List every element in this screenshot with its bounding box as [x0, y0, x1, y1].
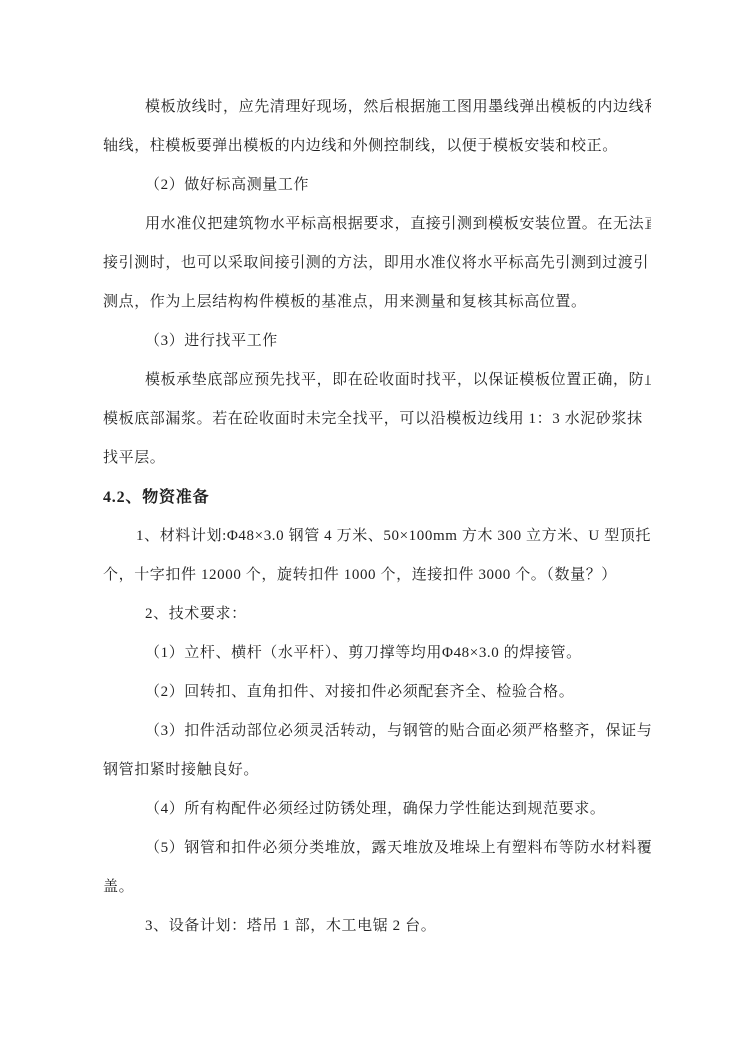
- doc-line: 模板放线时，应先清理好现场，然后根据施工图用墨线弹出模板的内边线和: [103, 88, 651, 127]
- doc-line: 3、设备计划：塔吊 1 部，木工电锯 2 台。: [103, 907, 651, 946]
- doc-line: （3）进行找平工作: [103, 322, 651, 361]
- doc-line: 用水准仪把建筑物水平标高根据要求，直接引测到模板安装位置。在无法直: [103, 205, 651, 244]
- doc-line: （3）扣件活动部位必须灵活转动，与钢管的贴合面必须严格整齐，保证与: [103, 712, 651, 751]
- doc-line: 找平层。: [103, 439, 651, 478]
- doc-line: （4）所有构配件必须经过防锈处理，确保力学性能达到规范要求。: [103, 790, 651, 829]
- doc-line: 测点，作为上层结构构件模板的基准点，用来测量和复核其标高位置。: [103, 283, 651, 322]
- page-body-text: 模板放线时，应先清理好现场，然后根据施工图用墨线弹出模板的内边线和 轴线，柱模板…: [103, 88, 651, 946]
- doc-line: 2、技术要求：: [103, 595, 651, 634]
- doc-line: （1）立杆、横杆（水平杆）、剪刀撑等均用Φ48×3.0 的焊接管。: [103, 634, 651, 673]
- section-heading: 4.2、物资准备: [103, 478, 651, 517]
- doc-line: 模板承垫底部应预先找平，即在砼收面时找平，以保证模板位置正确，防止: [103, 361, 651, 400]
- document-page: 模板放线时，应先清理好现场，然后根据施工图用墨线弹出模板的内边线和 轴线，柱模板…: [0, 0, 744, 1052]
- doc-line: 个，十字扣件 12000 个，旋转扣件 1000 个，连接扣件 3000 个。（…: [103, 556, 651, 595]
- doc-line: 模板底部漏浆。若在砼收面时未完全找平，可以沿模板边线用 1：3 水泥砂浆抹: [103, 400, 651, 439]
- doc-line: 轴线，柱模板要弹出模板的内边线和外侧控制线，以便于模板安装和校正。: [103, 127, 651, 166]
- doc-line: 1、材料计划:Φ48×3.0 钢管 4 万米、50×100mm 方木 300 立…: [103, 517, 651, 556]
- doc-line: 钢管扣紧时接触良好。: [103, 751, 651, 790]
- doc-line: （5）钢管和扣件必须分类堆放，露天堆放及堆垛上有塑料布等防水材料覆: [103, 829, 651, 868]
- doc-line: 接引测时，也可以采取间接引测的方法，即用水准仪将水平标高先引测到过渡引: [103, 244, 651, 283]
- doc-line: （2）做好标高测量工作: [103, 166, 651, 205]
- doc-line: 盖。: [103, 868, 651, 907]
- doc-line: （2）回转扣、直角扣件、对接扣件必须配套齐全、检验合格。: [103, 673, 651, 712]
